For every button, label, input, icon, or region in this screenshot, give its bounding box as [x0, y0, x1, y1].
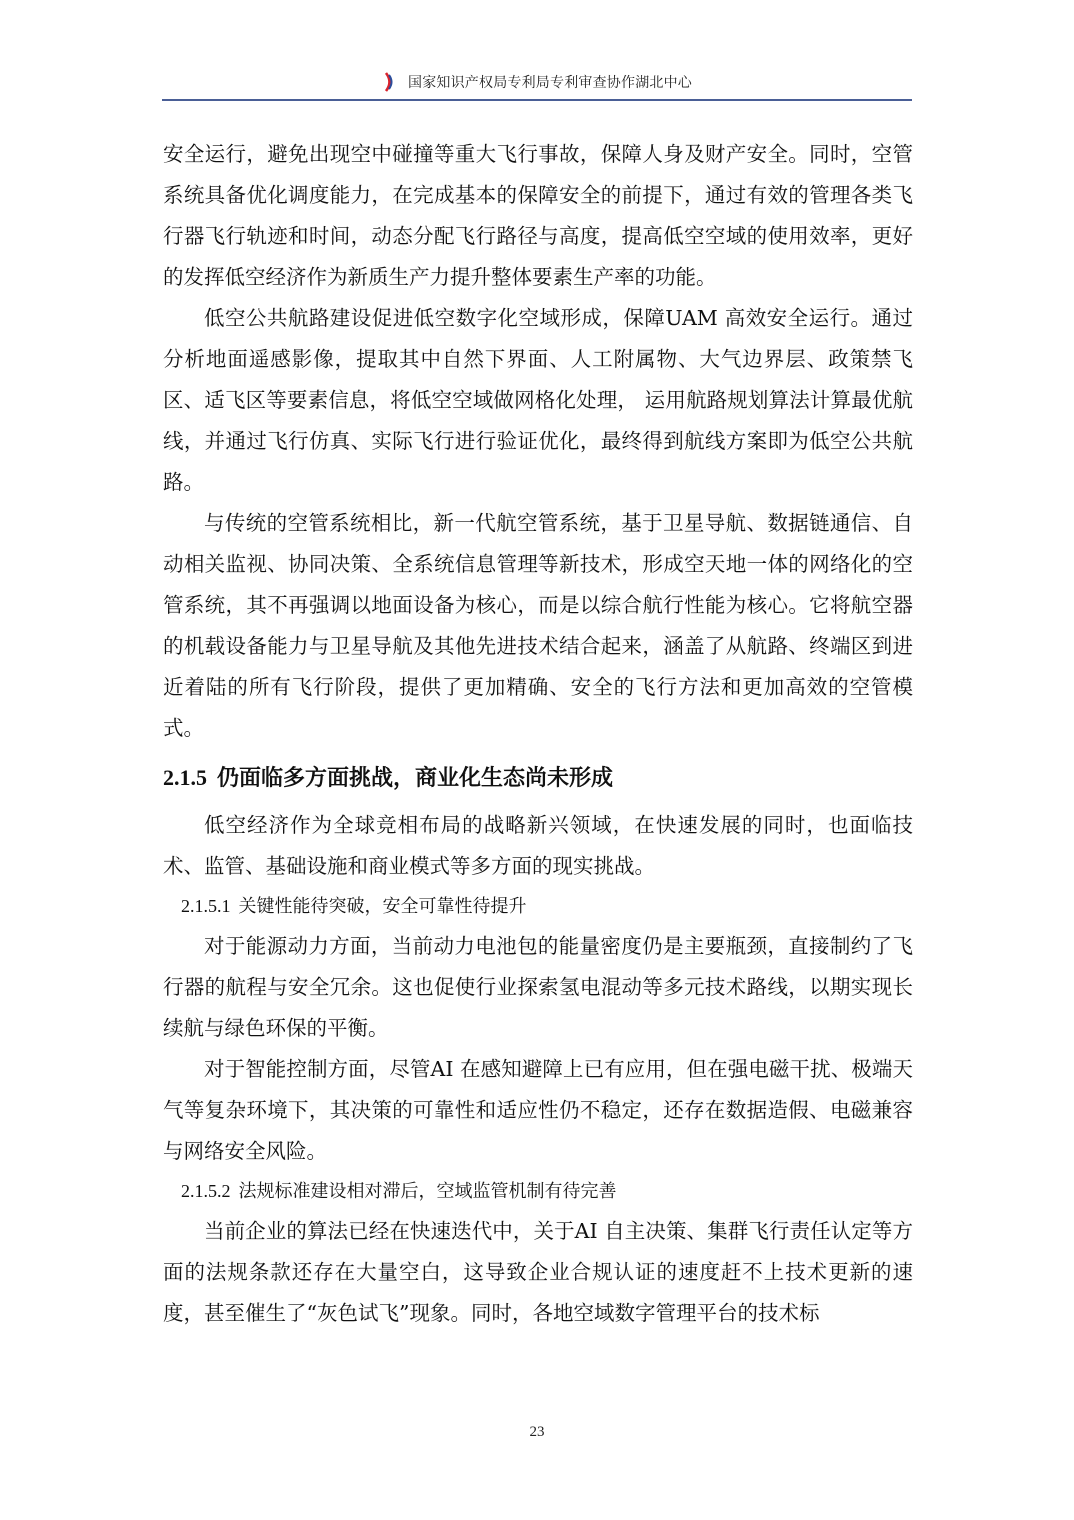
subsection-title: 法规标准建设相对滞后，空域监管机制有待完善	[239, 1181, 617, 1202]
paragraph: 安全运行，避免出现空中碰撞等重大飞行事故，保障人身及财产安全。同时，空管系统具备…	[163, 134, 913, 298]
page-number: 23	[0, 1424, 1074, 1441]
subsection-heading: 2.1.5.1关键性能待突破，安全可靠性待提升	[163, 887, 913, 926]
paragraph: 对于能源动力方面，当前动力电池包的能量密度仍是主要瓶颈，直接制约了飞行器的航程与…	[163, 926, 913, 1049]
header-divider	[162, 99, 912, 101]
paragraph: 与传统的空管系统相比，新一代航空管系统，基于卫星导航、数据链通信、自动相关监视、…	[163, 503, 913, 749]
subsection-number: 2.1.5.1	[181, 896, 231, 916]
page-header: 国家知识产权局专利局专利审查协作湖北中心	[162, 72, 912, 100]
header-title-row: 国家知识产权局专利局专利审查协作湖北中心	[162, 72, 912, 92]
section-intro: 低空经济作为全球竞相布局的战略新兴领域，在快速发展的同时，也面临技术、监管、基础…	[163, 805, 913, 887]
paragraph: 低空公共航路建设促进低空数字化空域形成，保障UAM 高效安全运行。通过分析地面遥…	[163, 298, 913, 503]
section-title: 仍面临多方面挑战，商业化生态尚未形成	[217, 766, 613, 791]
document-body: 安全运行，避免出现空中碰撞等重大飞行事故，保障人身及财产安全。同时，空管系统具备…	[163, 134, 913, 1334]
bracket-logo-icon	[382, 72, 396, 92]
subsection-heading: 2.1.5.2法规标准建设相对滞后，空域监管机制有待完善	[163, 1172, 913, 1211]
subsection-number: 2.1.5.2	[181, 1181, 231, 1201]
document-page: 国家知识产权局专利局专利审查协作湖北中心 安全运行，避免出现空中碰撞等重大飞行事…	[0, 0, 1074, 1520]
section-number: 2.1.5	[163, 765, 207, 790]
paragraph: 对于智能控制方面，尽管AI 在感知避障上已有应用，但在强电磁干扰、极端天气等复杂…	[163, 1049, 913, 1172]
paragraph: 当前企业的算法已经在快速迭代中，关于AI 自主决策、集群飞行责任认定等方面的法规…	[163, 1211, 913, 1334]
header-title: 国家知识产权局专利局专利审查协作湖北中心	[408, 75, 692, 91]
section-heading: 2.1.5仍面临多方面挑战，商业化生态尚未形成	[163, 763, 913, 794]
subsection-title: 关键性能待突破，安全可靠性待提升	[239, 896, 527, 917]
